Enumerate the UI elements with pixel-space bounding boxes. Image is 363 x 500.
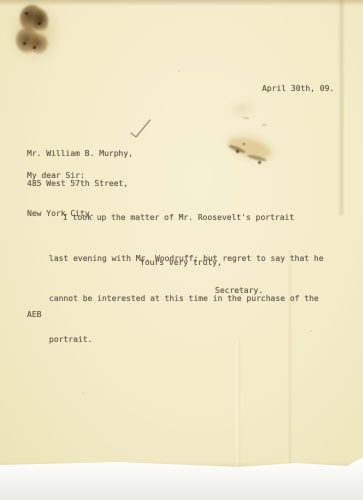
stain-speck [25, 12, 28, 15]
body-line: portrait. [49, 333, 324, 347]
body-line: cannot be interested at this time in the… [49, 292, 324, 306]
smudge-speck [258, 161, 261, 164]
paper-crease-right [338, 0, 345, 215]
smudge-speck [243, 143, 245, 145]
body-line: I took up the matter of Mr. Roosevelt's … [49, 211, 324, 225]
date-line: April 30th, 09. [262, 84, 334, 94]
salutation: My dear Sir: [27, 171, 85, 181]
signature-line: Secretary. [215, 286, 263, 296]
stain-speck [33, 46, 36, 49]
address-name-line: Mr. William B. Murphy, [27, 149, 133, 159]
typist-initials: AEB [27, 310, 41, 320]
stain-speck [23, 42, 26, 45]
closing-line: Yours very truly, [140, 258, 222, 268]
paper-freckle [178, 70, 180, 72]
letter-paper: April 30th, 09. Mr. William B. Murphy, 4… [0, 0, 363, 469]
smudge-speck [236, 150, 239, 153]
smudge-dash [262, 124, 267, 127]
scanned-letter-page: April 30th, 09. Mr. William B. Murphy, 4… [0, 0, 363, 500]
stain-speck [38, 22, 41, 25]
scan-background [0, 460, 363, 500]
stain-blob [33, 9, 48, 33]
checkmark-icon [128, 116, 154, 142]
paper-freckle [82, 392, 84, 394]
smudge-dash [243, 116, 249, 119]
letter-body: I took up the matter of Mr. Roosevelt's … [49, 184, 324, 373]
stain-blob [29, 33, 48, 54]
